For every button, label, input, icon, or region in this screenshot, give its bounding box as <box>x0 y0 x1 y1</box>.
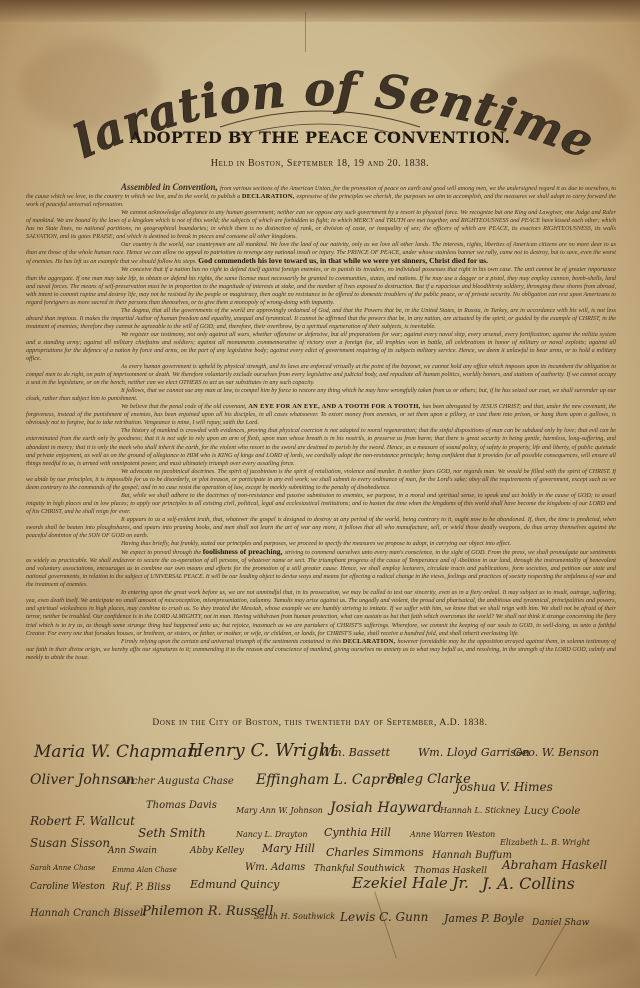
signature: Sarah H. Southwick <box>254 912 335 921</box>
signature: Henry C. Wright <box>188 740 337 761</box>
signature: Charles Simmons <box>326 846 424 859</box>
signature: Archer Augusta Chase <box>120 776 234 787</box>
signature: Anne Warren Weston <box>410 830 495 839</box>
signature: Susan Sisson <box>30 836 110 850</box>
signature: Daniel Shaw <box>532 918 589 928</box>
paragraph: As every human government is upheld by p… <box>26 363 616 387</box>
signature: Ezekiel Hale Jr. <box>352 874 469 892</box>
signature: Thankful Southwick <box>314 864 405 874</box>
paragraph: In entering upon the great work before u… <box>26 589 616 637</box>
paragraph: We cannot acknowledge allegiance to any … <box>26 209 616 241</box>
title-text: Declaration of Sentiments, <box>0 55 602 165</box>
paragraph-lead: Assembled in Convention, <box>121 183 220 192</box>
blackletter-text: God commendeth his love toward us, in th… <box>198 256 488 265</box>
signature: Mary Hill <box>262 842 315 855</box>
paragraph: The history of mankind is crowded with e… <box>26 427 616 467</box>
signature: Abby Kelley <box>190 846 244 856</box>
paragraph-text: We register our testimony, not only agai… <box>26 332 616 362</box>
signature: Lewis C. Gunn <box>340 910 428 924</box>
signature: Ruf. P. Bliss <box>112 882 171 893</box>
signature: Sarah Anne Chase <box>30 864 95 872</box>
signature: Mary Ann W. Johnson <box>236 806 323 815</box>
signature: Cynthia Hill <box>324 826 391 839</box>
subtitle: ADOPTED BY THE PEACE CONVENTION. <box>0 128 640 147</box>
paragraph-text: striving to commend ourselves unto every… <box>26 550 616 588</box>
paragraph-text: Firmly relying upon the certain and univ… <box>121 639 343 645</box>
held-line: Held in Boston, September 18, 19 and 20.… <box>0 158 640 169</box>
done-line: Done in the City of Boston, this twentie… <box>0 718 640 728</box>
paragraph: It appears to us a self-evident truth, t… <box>26 516 616 540</box>
paragraph: We expect to prevail through the foolish… <box>26 548 616 589</box>
signature: Geo. W. Benson <box>513 746 599 759</box>
paragraph: The dogma, that all the governments of t… <box>26 307 616 331</box>
signature: Josiah Hayward <box>330 800 442 816</box>
paragraph-text: We advocate no jacobinical doctrines. Th… <box>26 469 616 491</box>
paragraph: It follows, that we cannot sue any man a… <box>26 387 616 403</box>
paragraph: We advocate no jacobinical doctrines. Th… <box>26 468 616 492</box>
signature: Lucy Coole <box>524 806 580 817</box>
emphasis-text: DECLARATION, <box>242 193 297 200</box>
signature: J. A. Collins <box>482 874 575 893</box>
signature: Oliver Johnson <box>30 772 134 788</box>
torn-top-edge <box>0 0 640 22</box>
signature: Hannah Buffum <box>432 850 512 861</box>
paragraph-text: In entering upon the great work before u… <box>26 590 616 636</box>
signature: Joshua V. Himes <box>455 780 553 794</box>
document-sheet: Declaration of Sentiments, ADOPTED BY TH… <box>0 0 640 988</box>
signature: Emma Alan Chase <box>112 866 177 874</box>
paragraph: Firmly relying upon the certain and univ… <box>26 638 616 662</box>
paragraph: But, while we shall adhere to the doctri… <box>26 492 616 516</box>
svg-text:Declaration of Sentiments,: Declaration of Sentiments, <box>0 55 602 165</box>
signature: Edmund Quincy <box>190 878 279 891</box>
paragraph-text: But, while we shall adhere to the doctri… <box>26 493 616 515</box>
signature: Hannah L. Stickney <box>440 806 520 815</box>
paragraph-text: We expect to prevail through the <box>121 550 203 556</box>
emphasis-text: AN EYE FOR AN EYE, AND A TOOTH FOR A TOO… <box>248 403 422 410</box>
title-block: Declaration of Sentiments, <box>0 55 640 165</box>
paragraph: We register our testimony, not only agai… <box>26 331 616 363</box>
signature: Maria W. Chapman <box>34 742 198 762</box>
paragraph-text: It appears to us a self-evident truth, t… <box>26 517 616 539</box>
paragraph-text: We believe that the penal code of the ol… <box>121 404 248 410</box>
signature: Effingham L. Capron <box>256 772 404 788</box>
blackletter-text: foolishness of preaching, <box>203 547 285 556</box>
paragraph: Our country is the world, our countrymen… <box>26 241 616 266</box>
emphasis-text: DECLARATION, <box>343 638 398 645</box>
signature: Ann Swain <box>108 846 157 856</box>
paragraph-text: The history of mankind is crowded with e… <box>26 428 616 466</box>
signature: Abraham Haskell <box>502 858 607 872</box>
paragraph-text: The dogma, that all the governments of t… <box>26 308 616 330</box>
signature: Hannah Cranch Bissell <box>30 908 146 919</box>
paragraph-text: As every human government is upheld by p… <box>26 364 616 386</box>
signature: Robert F. Wallcut <box>30 814 135 828</box>
paragraph-text: Having thus briefly, but frankly, stated… <box>121 541 511 547</box>
signature: James P. Boyle <box>444 912 524 925</box>
paragraph: Having thus briefly, but frankly, stated… <box>26 540 616 548</box>
declaration-body: Assembled in Convention, from various se… <box>26 183 616 748</box>
crack <box>305 12 306 52</box>
paragraph: Assembled in Convention, from various se… <box>26 183 616 209</box>
document-title: Declaration of Sentiments, <box>0 55 640 165</box>
paragraph: We believe that the penal code of the ol… <box>26 403 616 427</box>
signature: Nancy L. Drayton <box>236 830 308 839</box>
paragraph-text: We conceive that if a nation has no righ… <box>26 267 616 305</box>
signature: Thomas Davis <box>146 800 217 811</box>
signature: Elizabeth L. B. Wright <box>500 838 590 847</box>
signature: Wm. Bassett <box>320 746 390 759</box>
paragraph-text: It follows, that we cannot sue any man a… <box>26 388 616 402</box>
signature: Caroline Weston <box>30 882 105 892</box>
signature: Seth Smith <box>138 826 206 840</box>
paragraph: We conceive that if a nation has no righ… <box>26 266 616 306</box>
signature: Wm. Adams <box>245 862 305 873</box>
paragraph-text: We cannot acknowledge allegiance to any … <box>26 210 616 240</box>
